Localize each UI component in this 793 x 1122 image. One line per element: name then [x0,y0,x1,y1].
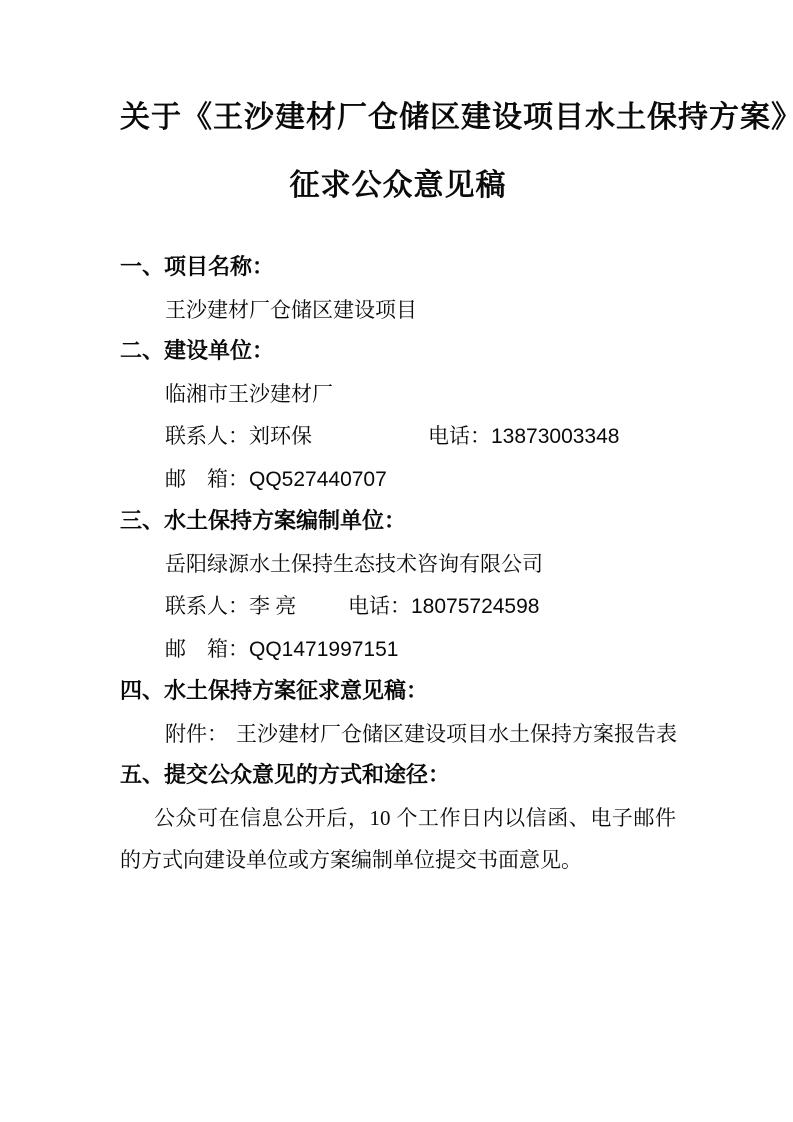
contact-name: 李 亮 [249,594,296,618]
email-label: 邮 箱： [165,637,249,661]
email-value: QQ527440707 [249,468,387,491]
section-3-org-name: 岳阳绿源水土保持生态技术咨询有限公司 [120,543,676,585]
email-value: QQ1471997151 [249,638,398,661]
phone-label: 电话： [348,594,411,618]
section-3-heading: 三、水土保持方案编制单位： [120,501,676,543]
phone-number: 18075724598 [411,595,539,618]
contact-name: 刘环保 [249,424,312,448]
document-title: 关于《王沙建材厂仓储区建设项目水土保持方案》 征求公众意见稿 [120,97,676,207]
section-2-email-row: 邮 箱：QQ527440707 [120,458,676,501]
section-2-contact-row: 联系人：刘环保电话：13873003348 [120,415,676,458]
section-2-heading: 二、建设单位： [120,331,676,373]
section-3-contact-row: 联系人：李 亮电话：18075724598 [120,585,676,628]
phone-pair: 电话：18075724598 [348,594,539,618]
contact-label: 联系人： [165,594,249,618]
section-2-org-name: 临湘市王沙建材厂 [120,373,676,415]
phone-label: 电话： [428,424,491,448]
section-4-attachment-row: 附件：王沙建材厂仓储区建设项目水土保持方案报告表 [120,713,676,755]
section-5-paragraph: 公众可在信息公开后，10 个工作日内以信函、电子邮件的方式向建设单位或方案编制单… [120,797,676,881]
email-label: 邮 箱： [165,467,249,491]
title-line-1: 关于《王沙建材厂仓储区建设项目水土保持方案》 [120,97,676,139]
document-page: 关于《王沙建材厂仓储区建设项目水土保持方案》 征求公众意见稿 一、项目名称： 王… [0,0,793,1122]
section-5-heading: 五、提交公众意见的方式和途径： [120,755,676,797]
contact-pair: 联系人：李 亮 [165,585,348,627]
contact-pair: 联系人：刘环保 [165,415,428,457]
section-4-heading: 四、水土保持方案征求意见稿： [120,671,676,713]
section-3-email-row: 邮 箱：QQ1471997151 [120,628,676,671]
phone-number: 13873003348 [491,425,619,448]
attachment-name: 王沙建材厂仓储区建设项目水土保持方案报告表 [236,722,677,746]
title-line-2: 征求公众意见稿 [120,165,676,207]
section-1-heading: 一、项目名称： [120,247,676,289]
contact-label: 联系人： [165,424,249,448]
section-1-project-name: 王沙建材厂仓储区建设项目 [120,289,676,331]
attachment-label: 附件： [165,722,228,746]
phone-pair: 电话：13873003348 [428,424,619,448]
